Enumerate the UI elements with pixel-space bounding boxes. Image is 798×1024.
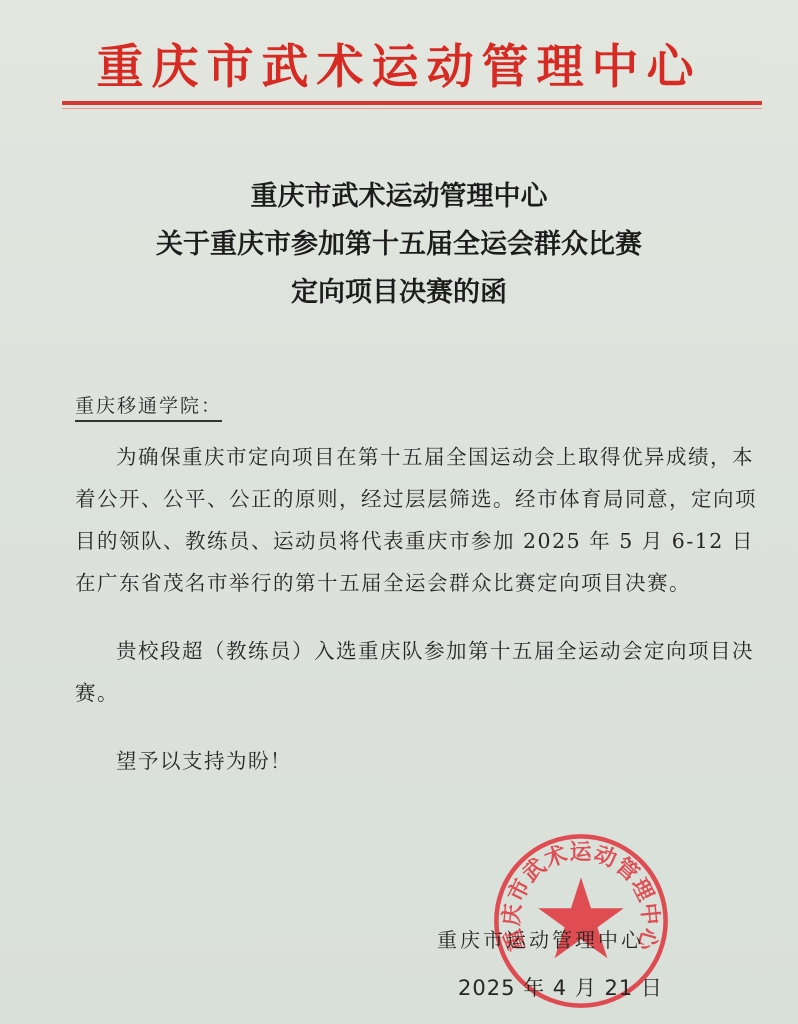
title-line-1: 重庆市武术运动管理中心 [0, 173, 798, 221]
signature-organization: 重庆市运动管理中心 [437, 924, 644, 953]
signature-date: 2025 年 4 月 21 日 [458, 972, 663, 1002]
salutation-recipient: 重庆移通学院： [75, 391, 222, 422]
letterhead-divider-thin [62, 108, 762, 109]
body-paragraph-3: 望予以支持为盼！ [75, 740, 775, 782]
document-title: 重庆市武术运动管理中心 关于重庆市参加第十五届全运会群众比赛 定向项目决赛的函 [0, 173, 798, 317]
title-line-2: 关于重庆市参加第十五届全运会群众比赛 [0, 221, 798, 269]
body-paragraph-2: 贵校段超（教练员）入选重庆队参加第十五届全运动会定向项目决赛。 [75, 630, 775, 714]
title-line-3: 定向项目决赛的函 [0, 269, 798, 317]
body-paragraph-1: 为确保重庆市定向项目在第十五届全国运动会上取得优异成绩，本着公开、公平、公正的原… [75, 436, 775, 604]
letter-body: 为确保重庆市定向项目在第十五届全国运动会上取得优异成绩，本着公开、公平、公正的原… [75, 436, 775, 782]
letter-page: 重庆市武术运动管理中心 重庆市武术运动管理中心 关于重庆市参加第十五届全运会群众… [0, 0, 798, 1024]
letterhead-org-name: 重庆市武术运动管理中心 [0, 30, 798, 97]
letterhead-divider [62, 101, 762, 105]
